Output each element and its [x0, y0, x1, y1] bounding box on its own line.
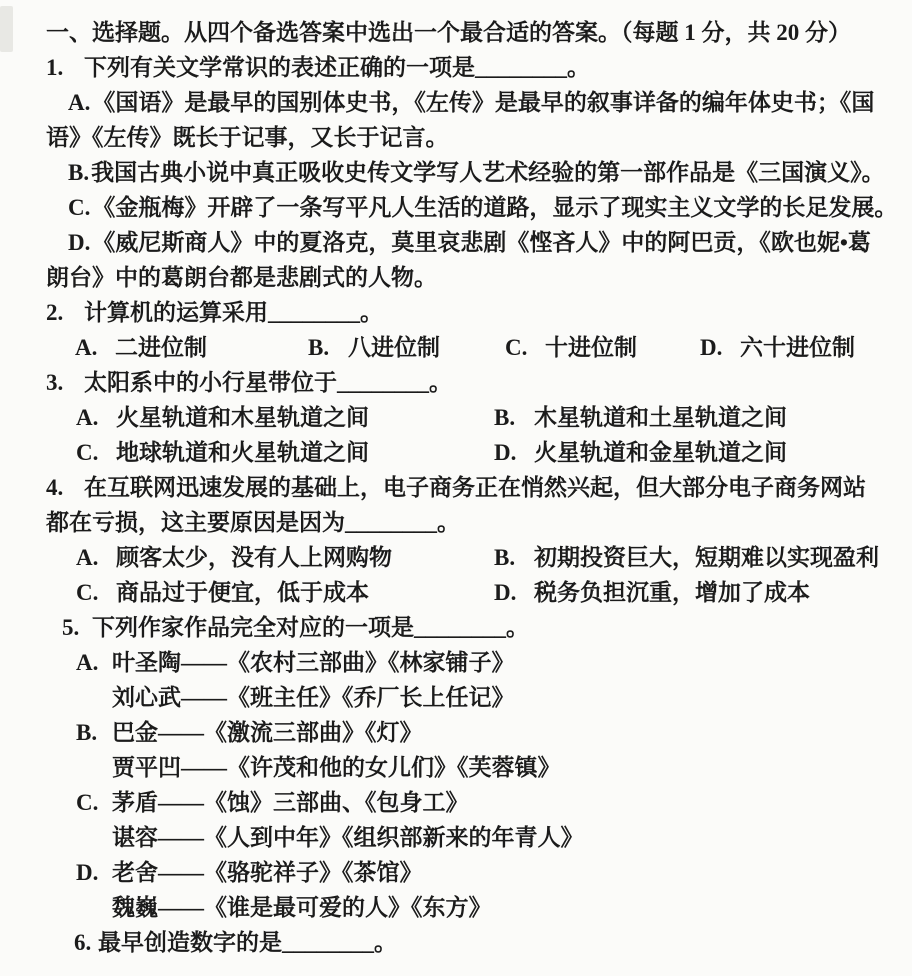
option-label: B. [76, 715, 112, 750]
option-label: A. [76, 540, 116, 575]
author-works-line: 刘心武——《班主任》《乔厂长上任记》 [112, 680, 904, 715]
author-works-line: C.茅盾——《蚀》三部曲、《包身工》 [76, 785, 904, 820]
question-3: 3.太阳系中的小行星带位于________。 A.火星轨道和木星轨道之间 B.木… [46, 365, 904, 470]
q3-option-c: C.地球轨道和火星轨道之间 [76, 435, 494, 470]
scan-artifact [0, 6, 13, 52]
option-label: C. [76, 785, 112, 820]
question-stem: 太阳系中的小行星带位于________。 [84, 370, 452, 395]
q3-options-grid: A.火星轨道和木星轨道之间 B.木星轨道和土星轨道之间 C.地球轨道和火星轨道之… [76, 400, 904, 470]
option-label: A. [76, 400, 116, 435]
author-works-line: 贾平凹——《许茂和他的女儿们》《芙蓉镇》 [112, 750, 904, 785]
option-text: 火星轨道和木星轨道之间 [116, 405, 369, 430]
option-label: A. [75, 330, 115, 365]
author-works-text: 魏巍——《谁是最可爱的人》《东方》 [112, 895, 492, 920]
question-stem: 下列作家作品完全对应的一项是________。 [92, 615, 529, 640]
q1-option-c: C.《金瓶梅》开辟了一条写平凡人生活的道路，显示了现实主义文学的长足发展。 [46, 190, 904, 225]
option-text: 八进位制 [348, 335, 440, 360]
option-label: D. [700, 330, 740, 365]
q4-option-d: D.税务负担沉重，增加了成本 [494, 575, 904, 610]
option-text: 顾客太少，没有人上网购物 [116, 545, 392, 570]
option-text: 十进位制 [545, 335, 637, 360]
author-works-text: 老舍——《骆驼祥子》《茶馆》 [112, 860, 423, 885]
question-number: 3. [46, 365, 84, 400]
author-works-text: 谌容——《人到中年》《组织部新来的年青人》 [112, 825, 584, 850]
option-text: 税务负担沉重，增加了成本 [534, 580, 810, 605]
option-text: 地球轨道和火星轨道之间 [116, 440, 369, 465]
q5-option-c: C.茅盾——《蚀》三部曲、《包身工》 谌容——《人到中年》《组织部新来的年青人》 [46, 785, 904, 855]
question-stem: 最早创造数字的是________。 [98, 930, 397, 955]
q2-option-c: C.十进位制 [505, 330, 700, 365]
question-stem: 在互联网迅速发展的基础上，电子商务正在悄然兴起，但大部分电子商务网站都在亏损，这… [46, 475, 866, 535]
q3-option-a: A.火星轨道和木星轨道之间 [76, 400, 494, 435]
question-number: 6. [60, 925, 98, 960]
question-2: 2.计算机的运算采用________。 A.二进位制 B.八进位制 C.十进位制… [46, 295, 904, 365]
question-number: 5. [54, 610, 92, 645]
author-works-line: B.巴金——《激流三部曲》《灯》 [76, 715, 904, 750]
option-text: 我国古典小说中真正吸收史传文学写人艺术经验的第一部作品是《三国演义》。 [91, 160, 885, 185]
author-works-text: 茅盾——《蚀》三部曲、《包身工》 [112, 790, 469, 815]
q1-option-d: D.《威尼斯商人》中的夏洛克，莫里哀悲剧《悭吝人》中的阿巴贡，《欧也妮•葛朗台》… [46, 225, 874, 295]
question-number: 4. [46, 470, 84, 505]
option-label: C. [76, 575, 116, 610]
question-1: 1.下列有关文学常识的表述正确的一项是________。 A.《国语》是最早的国… [46, 50, 904, 295]
author-works-line: A.叶圣陶——《农村三部曲》《林家铺子》 [76, 645, 904, 680]
option-label: B. [494, 540, 534, 575]
option-label: C. [505, 330, 545, 365]
q5-option-a: A.叶圣陶——《农村三部曲》《林家铺子》 刘心武——《班主任》《乔厂长上任记》 [46, 645, 904, 715]
author-works-line: 魏巍——《谁是最可爱的人》《东方》 [112, 890, 904, 925]
option-label: B. [308, 330, 348, 365]
q4-options-grid: A.顾客太少，没有人上网购物 B.初期投资巨大，短期难以实现盈利 C.商品过于便… [76, 540, 904, 610]
author-works-text: 叶圣陶——《农村三部曲》《林家铺子》 [112, 650, 515, 675]
option-label: D. [494, 575, 534, 610]
option-label: A. [68, 90, 90, 115]
question-6: 6.最早创造数字的是________。 [46, 925, 904, 960]
q1-option-a: A.《国语》是最早的国别体史书，《左传》是最早的叙事详备的编年体史书；《国语》《… [46, 85, 904, 155]
option-text: 《国语》是最早的国别体史书，《左传》是最早的叙事详备的编年体史书；《国语》《左传… [46, 90, 874, 150]
option-label: D. [68, 230, 90, 255]
option-text: 初期投资巨大，短期难以实现盈利 [534, 545, 879, 570]
q5-option-d: D.老舍——《骆驼祥子》《茶馆》 魏巍——《谁是最可爱的人》《东方》 [46, 855, 904, 925]
question-6-stem-line: 6.最早创造数字的是________。 [46, 925, 904, 960]
q2-option-a: A.二进位制 [75, 330, 308, 365]
q4-option-c: C.商品过于便宜，低于成本 [76, 575, 494, 610]
question-5-stem-line: 5.下列作家作品完全对应的一项是________。 [46, 610, 904, 645]
question-3-stem-line: 3.太阳系中的小行星带位于________。 [46, 365, 904, 400]
q4-option-b: B.初期投资巨大，短期难以实现盈利 [494, 540, 904, 575]
question-4-stem-line: 4.在互联网迅速发展的基础上，电子商务正在悄然兴起，但大部分电子商务网站都在亏损… [46, 470, 870, 540]
q4-option-a: A.顾客太少，没有人上网购物 [76, 540, 494, 575]
option-label: B. [68, 160, 89, 185]
author-works-line: D.老舍——《骆驼祥子》《茶馆》 [76, 855, 904, 890]
question-stem: 计算机的运算采用________。 [84, 300, 383, 325]
question-2-stem-line: 2.计算机的运算采用________。 [46, 295, 904, 330]
option-label: D. [494, 435, 534, 470]
option-label: A. [76, 645, 112, 680]
q2-options-row: A.二进位制 B.八进位制 C.十进位制 D.六十进位制 [75, 330, 904, 365]
exam-page: 一、选择题。从四个备选答案中选出一个最合适的答案。（每题 1 分，共 20 分）… [0, 0, 912, 960]
option-text: 六十进位制 [740, 335, 855, 360]
option-text: 二进位制 [115, 335, 207, 360]
question-5: 5.下列作家作品完全对应的一项是________。 A.叶圣陶——《农村三部曲》… [46, 610, 904, 925]
option-label: B. [494, 400, 534, 435]
option-label: C. [68, 195, 90, 220]
option-text: 木星轨道和土星轨道之间 [534, 405, 787, 430]
author-works-line: 谌容——《人到中年》《组织部新来的年青人》 [112, 820, 904, 855]
q5-option-b: B.巴金——《激流三部曲》《灯》 贾平凹——《许茂和他的女儿们》《芙蓉镇》 [46, 715, 904, 785]
author-works-text: 贾平凹——《许茂和他的女儿们》《芙蓉镇》 [112, 755, 561, 780]
option-label: C. [76, 435, 116, 470]
question-number: 2. [46, 295, 84, 330]
option-text: 商品过于便宜，低于成本 [116, 580, 369, 605]
question-1-stem-line: 1.下列有关文学常识的表述正确的一项是________。 [46, 50, 904, 85]
option-text: 《威尼斯商人》中的夏洛克，莫里哀悲剧《悭吝人》中的阿巴贡，《欧也妮•葛朗台》中的… [46, 230, 871, 290]
question-stem: 下列有关文学常识的表述正确的一项是________。 [84, 55, 590, 80]
q3-option-d: D.火星轨道和金星轨道之间 [494, 435, 904, 470]
section-header: 一、选择题。从四个备选答案中选出一个最合适的答案。（每题 1 分，共 20 分） [46, 15, 904, 50]
option-text: 火星轨道和金星轨道之间 [534, 440, 787, 465]
question-number: 1. [46, 50, 84, 85]
question-4: 4.在互联网迅速发展的基础上，电子商务正在悄然兴起，但大部分电子商务网站都在亏损… [46, 470, 904, 610]
q1-option-b: B.我国古典小说中真正吸收史传文学写人艺术经验的第一部作品是《三国演义》。 [46, 155, 904, 190]
q3-option-b: B.木星轨道和土星轨道之间 [494, 400, 904, 435]
author-works-text: 刘心武——《班主任》《乔厂长上任记》 [112, 685, 515, 710]
option-label: D. [76, 855, 112, 890]
q2-option-d: D.六十进位制 [700, 330, 904, 365]
option-text: 《金瓶梅》开辟了一条写平凡人生活的道路，显示了现实主义文学的长足发展。 [92, 195, 897, 220]
author-works-text: 巴金——《激流三部曲》《灯》 [112, 720, 423, 745]
q2-option-b: B.八进位制 [308, 330, 505, 365]
